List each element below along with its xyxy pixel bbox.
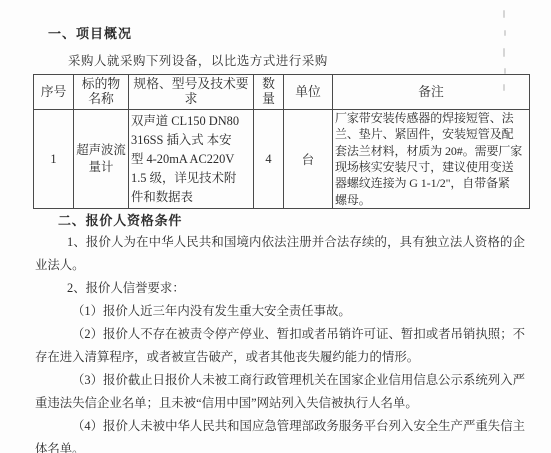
table-header-row: 序号 标的物名称 规格、型号及技术要求 数量 单位 备注	[34, 75, 530, 110]
remark-line: 套法兰材料，材质为 20#。需要厂家	[335, 143, 527, 159]
scan-artifact	[503, 10, 505, 18]
col-header-qty: 数量	[254, 75, 284, 110]
col-header-spec: 规格、型号及技术要求	[129, 75, 254, 110]
spec-line: 1.5 级，详见技术附	[131, 169, 251, 188]
credit-requirement-3: （3）报价截止日报价人未被工商行政管理机关在国家企业信用信息公示系统列入严重违法…	[35, 369, 525, 415]
spec-line: 件和数据表	[131, 188, 251, 207]
col-header-remark: 备注	[333, 75, 530, 110]
credit-requirement-2: （2）报价人不存在被责令停产停业、暂扣或者吊销许可证、暂扣或者吊销执照；不存在进…	[35, 323, 525, 369]
cell-quantity: 4	[254, 110, 284, 209]
col-header-unit: 单位	[284, 75, 333, 110]
cell-spec: 双声道 CL150 DN80 316SS 插入式 本安 型 4-20mA AC2…	[129, 110, 254, 209]
spec-line: 316SS 插入式 本安	[131, 131, 251, 150]
table-row: 1 超声波流量计 双声道 CL150 DN80 316SS 插入式 本安 型 4…	[34, 110, 530, 209]
qualification-paragraph-1: 1、报价人为在中华人民共和国境内依法注册并合法存续的，具有独立法人资格的企业法人…	[35, 231, 525, 277]
cell-item-name: 超声波流量计	[74, 110, 129, 209]
scan-artifact	[504, 68, 506, 74]
cell-seq: 1	[34, 110, 74, 209]
col-header-seq: 序号	[34, 75, 74, 110]
qualification-paragraph-2: 2、报价人信誉要求：	[35, 277, 525, 300]
cell-remark: 厂家带安装传感器的焊接短管、法 兰、垫片、紧固件，安装短管及配 套法兰材料，材质…	[333, 110, 530, 209]
spec-line: 双声道 CL150 DN80	[131, 112, 251, 131]
credit-requirement-4: （4）报价人未被中华人民共和国应急管理部政务服务平台列入安全生产严重失信主体名单…	[35, 415, 525, 453]
remark-line: 现场核实安装尺寸，建议使用变送	[335, 159, 527, 175]
procurement-table: 序号 标的物名称 规格、型号及技术要求 数量 单位 备注 1 超声波流量计 双声…	[33, 74, 530, 209]
section-1-heading: 一、项目概况	[48, 24, 551, 44]
document-page: 一、项目概况 采购人就采购下列设备，以比选方式进行采购 序号 标的物名称 规格、…	[0, 0, 551, 453]
scan-artifact	[504, 30, 506, 36]
scan-artifact	[503, 84, 505, 91]
cell-unit: 台	[284, 110, 333, 209]
remark-line: 螺母。	[335, 192, 527, 208]
section-2-heading: 二、报价人资格条件	[58, 211, 551, 231]
credit-requirement-1: （1）报价人近三年内没有发生重大安全责任事故。	[35, 300, 525, 323]
intro-text: 采购人就采购下列设备，以比选方式进行采购	[68, 50, 551, 73]
col-header-item: 标的物名称	[74, 75, 129, 110]
spec-line: 型 4-20mA AC220V	[131, 150, 251, 169]
remark-line: 器螺纹连接为 G 1-1/2"，自带备紧	[335, 175, 527, 191]
remark-line: 厂家带安装传感器的焊接短管、法	[335, 110, 527, 126]
scan-artifact	[503, 48, 505, 57]
remark-line: 兰、垫片、紧固件，安装短管及配	[335, 126, 527, 142]
